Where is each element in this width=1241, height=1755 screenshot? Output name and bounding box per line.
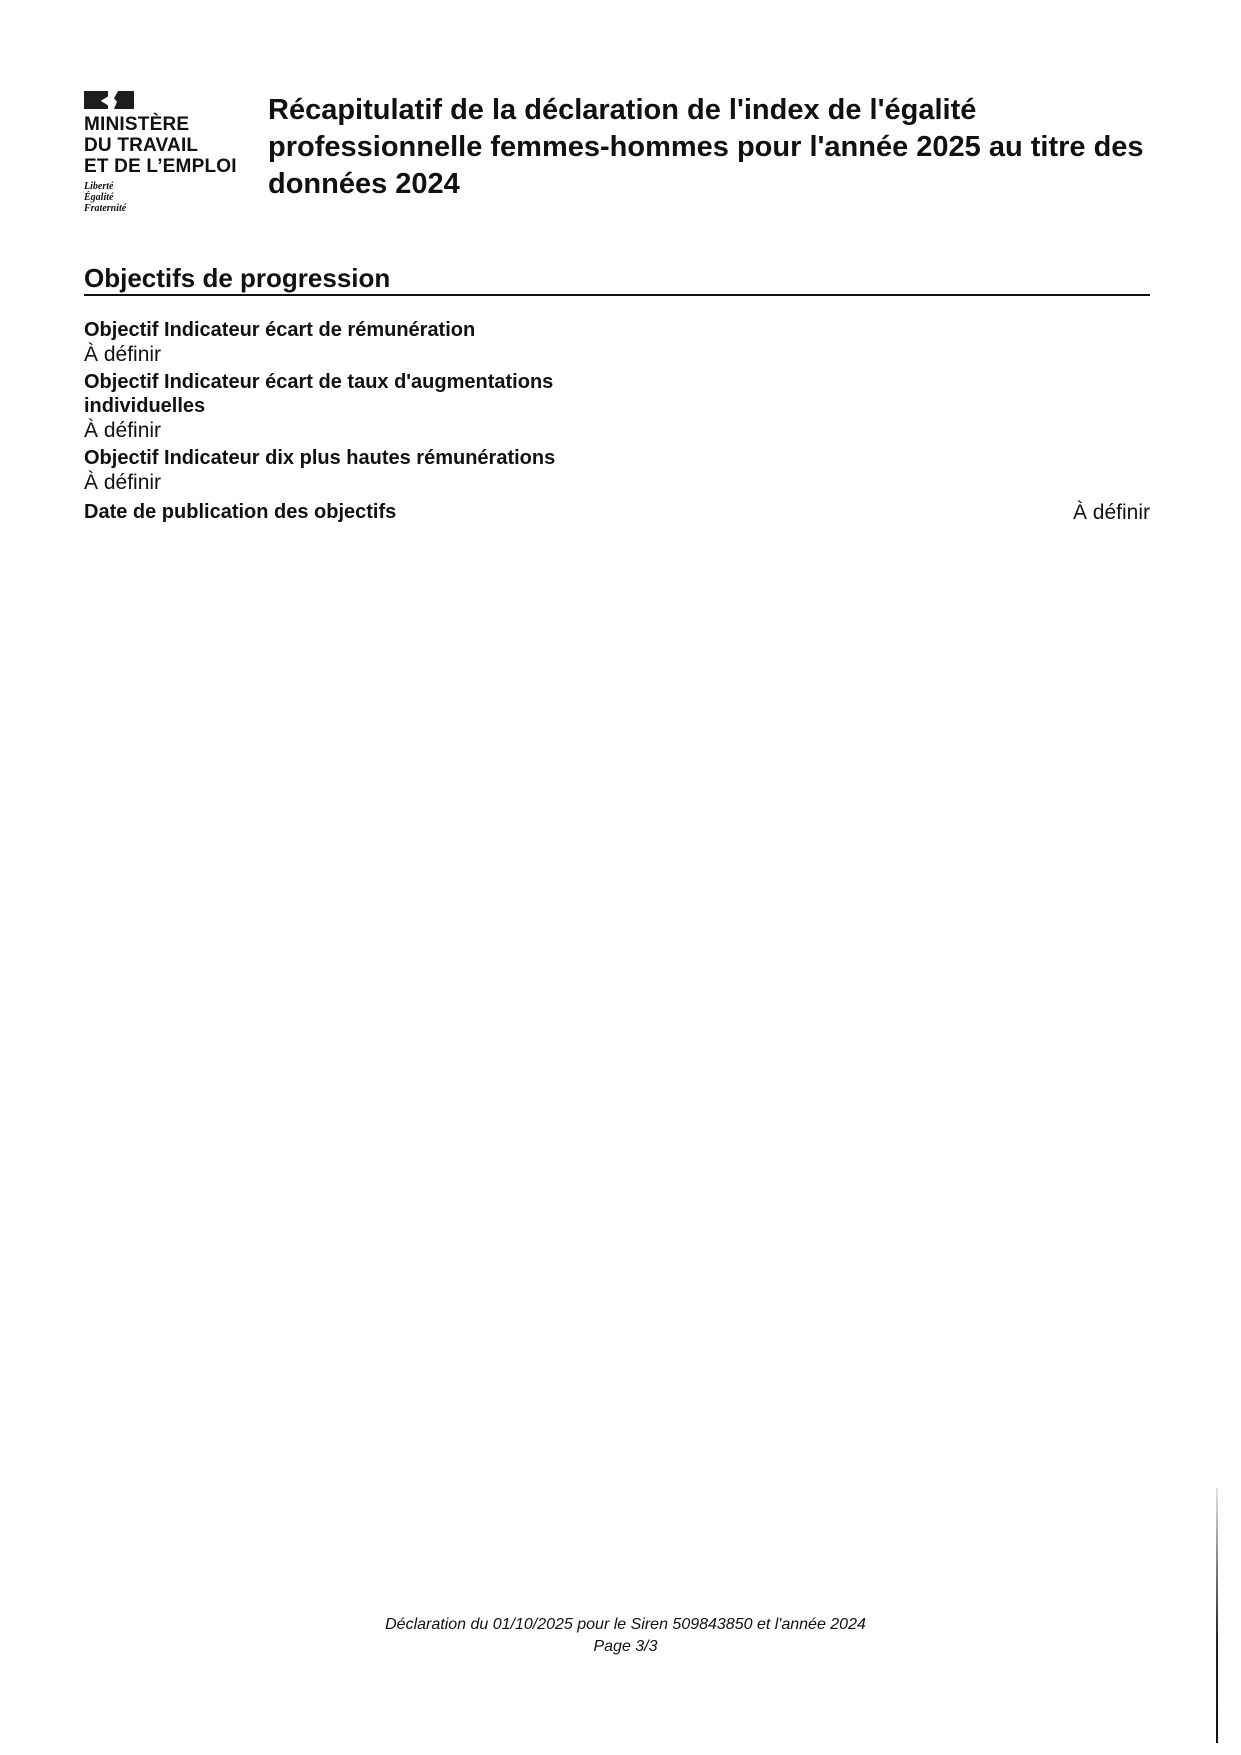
objective-value: À définir xyxy=(84,418,1150,444)
motto-liberte: Liberté xyxy=(84,181,259,192)
document-title: Récapitulatif de la déclaration de l'ind… xyxy=(268,92,1148,203)
objective-label: Objectif Indicateur dix plus hautes rému… xyxy=(84,446,644,470)
motto-fraternite: Fraternité xyxy=(84,203,259,214)
flag-left-block xyxy=(84,91,108,109)
publication-date-row: Date de publication des objectifs À défi… xyxy=(84,500,1150,528)
objective-value: À définir xyxy=(84,470,1150,496)
objective-item: Objectif Indicateur écart de taux d'augm… xyxy=(84,370,1150,444)
scan-artifact-line xyxy=(1216,1488,1218,1743)
flag-right-block xyxy=(114,91,134,109)
ministry-line-3: ET DE L’EMPLOI xyxy=(84,156,259,177)
ministry-line-1: MINISTÈRE xyxy=(84,114,259,135)
publication-date-label: Date de publication des objectifs xyxy=(84,500,644,528)
ministry-logo: MINISTÈRE DU TRAVAIL ET DE L’EMPLOI Libe… xyxy=(84,90,259,214)
section-title: Objectifs de progression xyxy=(84,262,1150,296)
objective-value: À définir xyxy=(84,342,1150,368)
republic-motto: Liberté Égalité Fraternité xyxy=(84,181,259,214)
publication-date-value: À définir xyxy=(1073,500,1150,526)
ministry-line-2: DU TRAVAIL xyxy=(84,135,259,156)
marianne-logo-icon xyxy=(84,90,259,110)
page-footer: Déclaration du 01/10/2025 pour le Siren … xyxy=(0,1614,1241,1658)
motto-egalite: Égalité xyxy=(84,192,259,203)
objectives-list: Objectif Indicateur écart de rémunératio… xyxy=(84,318,1150,528)
objective-item: Objectif Indicateur dix plus hautes rému… xyxy=(84,446,1150,496)
ministry-name: MINISTÈRE DU TRAVAIL ET DE L’EMPLOI xyxy=(84,114,259,177)
footer-declaration: Déclaration du 01/10/2025 pour le Siren … xyxy=(10,1614,1241,1636)
objective-label: Objectif Indicateur écart de rémunératio… xyxy=(84,318,644,342)
page-number: Page 3/3 xyxy=(10,1636,1241,1658)
objective-label: Objectif Indicateur écart de taux d'augm… xyxy=(84,370,644,418)
objective-item: Objectif Indicateur écart de rémunératio… xyxy=(84,318,1150,368)
